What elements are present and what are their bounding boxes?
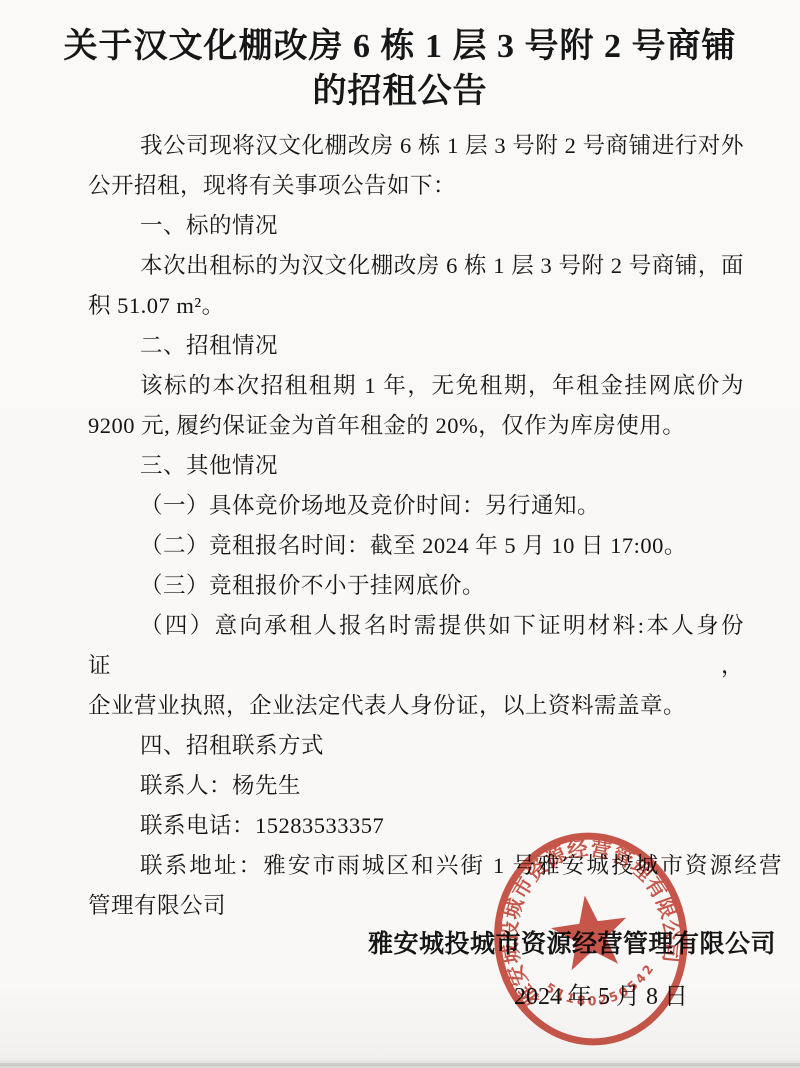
section-heading: 三、其他情况 bbox=[88, 446, 744, 486]
title-line-2: 的招租公告 bbox=[0, 69, 800, 114]
body-line: 本次出租标的为汉文化棚改房 6 栋 1 层 3 号附 2 号商铺，面 bbox=[88, 246, 744, 286]
document-body: 我公司现将汉文化棚改房 6 栋 1 层 3 号附 2 号商铺进行对外 公开招租，… bbox=[0, 126, 800, 926]
body-line: （三）竞租报价不小于挂网底价。 bbox=[88, 566, 744, 606]
contact-phone-line: 联系电话：15283533357 bbox=[88, 806, 744, 846]
contact-address-line: 联系地址：雅安市雨城区和兴街 1 号雅安城投城市资源经营 bbox=[88, 846, 782, 886]
section-heading: 一、标的情况 bbox=[88, 206, 744, 246]
section-heading: 二、招租情况 bbox=[88, 326, 744, 366]
body-line: （四）意向承租人报名时需提供如下证明材料:本人身份证， bbox=[88, 606, 744, 686]
body-line: 我公司现将汉文化棚改房 6 栋 1 层 3 号附 2 号商铺进行对外 bbox=[88, 126, 744, 166]
body-line: 9200 元, 履约保证金为首年租金的 20%，仅作为库房使用。 bbox=[88, 406, 744, 446]
body-line: 积 51.07 m²。 bbox=[88, 286, 744, 326]
section-heading: 四、招租联系方式 bbox=[88, 726, 744, 766]
scan-bottom-edge bbox=[0, 1063, 800, 1066]
signature-date: 2024 年 5 月 8 日 bbox=[514, 976, 688, 1011]
document-page: 关于汉文化棚改房 6 栋 1 层 3 号附 2 号商铺 的招租公告 我公司现将汉… bbox=[0, 0, 800, 1068]
body-line: （二）竞租报名时间：截至 2024 年 5 月 10 日 17:00。 bbox=[88, 526, 744, 566]
body-line: 该标的本次招租租期 1 年，无免租期，年租金挂网底价为 bbox=[88, 366, 744, 406]
contact-person-line: 联系人：杨先生 bbox=[88, 766, 744, 806]
body-line: 公开招租，现将有关事项公告如下： bbox=[88, 166, 744, 206]
page-title: 关于汉文化棚改房 6 栋 1 层 3 号附 2 号商铺 的招租公告 bbox=[0, 0, 800, 114]
title-line-1: 关于汉文化棚改房 6 栋 1 层 3 号附 2 号商铺 bbox=[0, 24, 800, 69]
signature-company: 雅安城投城市资源经营管理有限公司 bbox=[368, 924, 776, 960]
contact-address-line-2: 管理有限公司 bbox=[88, 886, 744, 926]
body-line: 企业营业执照，企业法定代表人身份证，以上资料需盖章。 bbox=[88, 686, 744, 726]
body-line: （一）具体竞价场地及竞价时间：另行通知。 bbox=[88, 486, 744, 526]
